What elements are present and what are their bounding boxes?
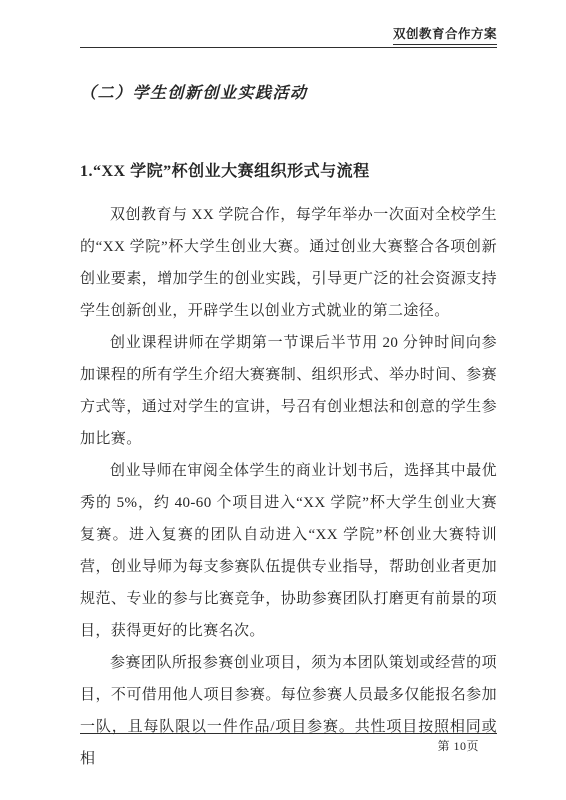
body-paragraph-1: 双创教育与 XX 学院合作，每学年举办一次面对全校学生的“XX 学院”杯大学生创… bbox=[80, 199, 497, 327]
document-page: 双创教育合作方案 （二）学生创新创业实践活动 1.“XX 学院”杯创业大赛组织形… bbox=[0, 0, 566, 800]
paragraph-block: 双创教育与 XX 学院合作，每学年举办一次面对全校学生的“XX 学院”杯大学生创… bbox=[80, 199, 497, 775]
footer-page-row: 第 10页 bbox=[80, 734, 497, 755]
body-paragraph-2: 创业课程讲师在学期第一节课后半节用 20 分钟时间向参加课程的所有学生介绍大赛赛… bbox=[80, 327, 497, 455]
header-rule bbox=[80, 47, 497, 48]
body-paragraph-4: 参赛团队所报参赛创业项目，须为本团队策划或经营的项目，不可借用他人项目参赛。每位… bbox=[80, 647, 497, 775]
document-body: （二）学生创新创业实践活动 1.“XX 学院”杯创业大赛组织形式与流程 双创教育… bbox=[80, 82, 497, 775]
page-header: 双创教育合作方案 bbox=[80, 0, 497, 48]
section-heading: （二）学生创新创业实践活动 bbox=[80, 82, 497, 106]
page-header-text-row: 双创教育合作方案 bbox=[80, 0, 497, 45]
page-footer: 第 10页 bbox=[80, 733, 497, 755]
body-paragraph-3: 创业导师在审阅全体学生的商业计划书后，选择其中最优秀的 5%，约 40-60 个… bbox=[80, 455, 497, 647]
document-title: 双创教育合作方案 bbox=[393, 26, 497, 45]
page-number: 第 10页 bbox=[437, 739, 479, 753]
subsection-heading: 1.“XX 学院”杯创业大赛组织形式与流程 bbox=[80, 160, 497, 184]
